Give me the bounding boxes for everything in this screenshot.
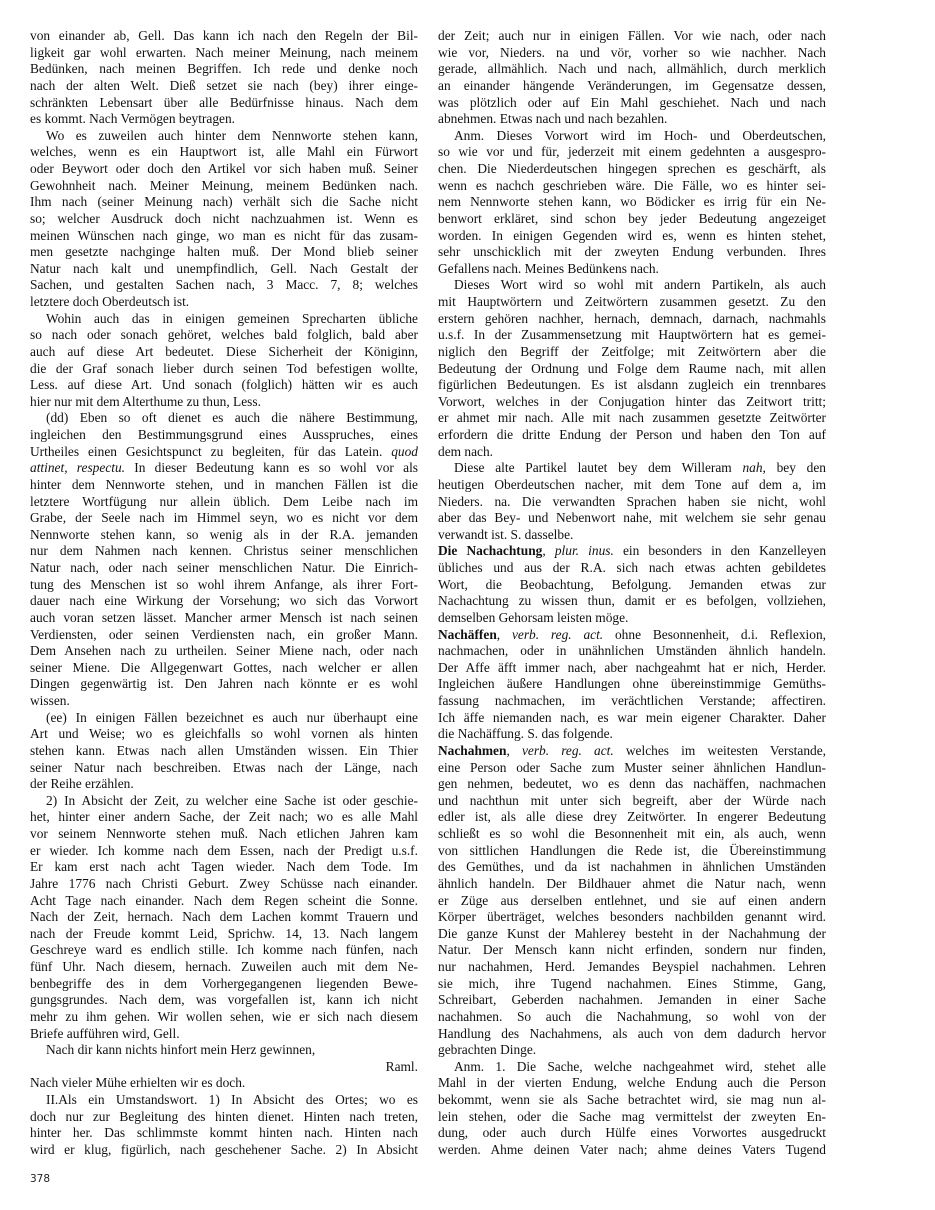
paragraph: Wo es zuweilen auch hinter dem Nennworte… [30,128,418,311]
text-line: Acht Tage nach einander. Nach dem Regen … [30,893,418,910]
text-line: Anm. Dieses Vorwort wird im Hoch- und Ob… [438,128,826,145]
text-line: und nachthun mit unter sich begreift, ab… [438,793,826,810]
paragraph: Anm. 1. Die Sache, welche nachgeahmet wi… [438,1059,826,1159]
text-line: letztere Wortfügung nur allein üblich. D… [30,494,418,511]
text-line: Mahl in der vierten Endung, welche Endun… [438,1075,826,1092]
text-line: mehr zu ihm gehen. Wir wollen sehen, wie… [30,1009,418,1026]
text-line: Less. auf diese Art. Und sonach (folglic… [30,377,418,394]
text-line: erfordern die dritte Endung der Person u… [438,427,826,444]
text-line: welches, wenn es ein Hauptwort ist, alle… [30,144,418,161]
text-line: vor seinem Nennworte stehen muß. Nach et… [30,826,418,843]
text-line: seiner Miene. Die Allgegenwart Gottes, n… [30,660,418,677]
text-line: der Reihe erzählen. [30,776,418,793]
paragraph: Anm. Dieses Vorwort wird im Hoch- und Ob… [438,128,826,278]
text-line: gen nehmen, bedeutet, wo es denn das nac… [438,776,826,793]
text-line: wird er klug, figürlich, nach geschehene… [30,1142,418,1159]
dictionary-page: von einander ab, Gell. Das kann ich nach… [0,0,935,1210]
text-line: tung des Menschen ist so wohl ihrem Anfa… [30,577,418,594]
paragraph: Diese alte Partikel lautet bey dem Wille… [438,460,826,543]
text-line: hinter her. Das schlimmste kommt hinten … [30,1125,418,1142]
text-line: nem Nennworte stehen kann, wo Bödicker e… [438,194,826,211]
text-line: fünf Uhr. Nach diesem, hernach. Zuweilen… [30,959,418,976]
text-line: von sittlichen Handlungen die Rede ist, … [438,843,826,860]
text-line: nur nachahmen, Herd. Jemandes Beyspiel n… [438,959,826,976]
text-line: Diese alte Partikel lautet bey dem Wille… [438,460,826,477]
text-line: Grabe, der Seele nach im Himmel seyn, wo… [30,510,418,527]
text-line: Schreibart, Geberden nachahmen. Jemanden… [438,992,826,1009]
text-line: von einander ab, Gell. Das kann ich nach… [30,28,418,45]
text-line: des Gemüthes, und da ist nachahmen in äh… [438,859,826,876]
text-line: Nach dir kann nichts hinfort mein Herz g… [30,1042,418,1059]
text-line: Wort, die Beobachtung, Befolgung. Jemand… [438,577,826,594]
text-line: figürlichen Bedeutungen. Es ist alsdann … [438,377,826,394]
text-line: Natur nach, oder nach seiner menschliche… [30,560,418,577]
text-line: heutigen Oberdeutschen nacher, mit dem T… [438,477,826,494]
text-line: demselben Gehorsam leisten möge. [438,610,826,627]
text-line: Er kam erst nach acht Tagen wieder. Nach… [30,859,418,876]
text-line: Ingleichen äußere Handlungen ohne überei… [438,676,826,693]
text-line: Der Affe äfft immer nach, aber nachgeahm… [438,660,826,677]
text-line: er Züge aus derselben entlehnet, und sie… [438,893,826,910]
text-line: men gesetzte nachginge halten muß. Der M… [30,244,418,261]
text-line: gerade, allmählich. Nach und nach, allmä… [438,61,826,78]
text-line: Die Nachachtung, plur. inus. ein besonde… [438,543,826,560]
text-line: Natur nach kalt und unempfindlich, Gell.… [30,261,418,278]
text-line: Sachen, und gestalten Sachen nach, 3 Mac… [30,277,418,294]
paragraph: Wohin auch das in einigen gemeinen Sprec… [30,311,418,411]
text-line: niglich den Begriff der Zeitfolge; mit Z… [438,344,826,361]
text-line: het, hinter einer andern Sache, der Zeit… [30,809,418,826]
text-line: wenn es nachch geschrieben wäre. Die Fäl… [438,178,826,195]
text-line: hier nur mit dem Alterthume zu thun, Les… [30,394,418,411]
paragraph: Nach vieler Mühe erhielten wir es doch. [30,1075,418,1092]
text-line: schließt es so wohl die Besonnenheit mit… [438,826,826,843]
text-line: Nach vieler Mühe erhielten wir es doch. [30,1075,418,1092]
text-line: (ee) In einigen Fällen bezeichnet es auc… [30,710,418,727]
text-line: nur dem Nahmen nach kennen. Christus sei… [30,543,418,560]
text-line: Bedeutung der Ordnung und Folge dem Raum… [438,361,826,378]
text-line: aber das Bey- und Nebenwort nahe, mit we… [438,510,826,527]
text-line: nachahmen. So auch die Nachahmung, so wo… [438,1009,826,1026]
paragraph: von einander ab, Gell. Das kann ich nach… [30,28,418,128]
text-line: doch nur zur Begleitung des hinten diene… [30,1109,418,1126]
text-line: er wieder. Ich komme nach dem Essen, nac… [30,843,418,860]
text-line: Bedünken, nach meinen Begriffen. Ich red… [30,61,418,78]
page-number: 378 [30,1173,50,1185]
text-line: Nachäffen, verb. reg. act. ohne Besonnen… [438,627,826,644]
text-line: benbegriffe des in dem Vorhergegangenen … [30,976,418,993]
text-line: Art und Weise; wo es gleichfalls so wohl… [30,726,418,743]
text-line: sie mich, ihre Tugend nachahmen. Eines S… [438,976,826,993]
text-line: dem nach. [438,444,826,461]
text-line: fassung nachmachen, im verächtlichen Ver… [438,693,826,710]
text-line: Vorwort, welches in der Conjugation hint… [438,394,826,411]
text-line: mit Hauptwörtern und Zeitwörtern zusamme… [438,294,826,311]
text-line: Die ganze Kunst der Mahlerey besteht in … [438,926,826,943]
text-line: Nieders. na. Die verwandten Sprachen hab… [438,494,826,511]
text-line: ligkeit gar wohl erwarten. Nach meiner M… [30,45,418,62]
text-line: seiner Natur nach beschreiben. Etwas nac… [30,760,418,777]
paragraph: II.Als ein Umstandswort. 1) In Absicht d… [30,1092,418,1159]
text-line: Briefe aufführen wird, Gell. [30,1026,418,1043]
dictionary-entry: Die Nachachtung, plur. inus. ein besonde… [438,543,826,626]
text-line: dauer nach eine Wirkung der Vorsehung; w… [30,593,418,610]
text-line: meinen Wünschen nach ginge, wo man es ni… [30,228,418,245]
text-line: Gefallens nach. Meines Bedünkens nach. [438,261,826,278]
text-line: Nennworte stehen kann, so wenig als in d… [30,527,418,544]
text-line: (dd) Eben so oft dienet es auch die nähe… [30,410,418,427]
text-line: oder Beywort oder doch den Artikel vor s… [30,161,418,178]
text-line: ingleichen den Bestimmungsgrund eines Au… [30,427,418,444]
text-line: Jahre 1776 nach Christi Geburt. Zwey Sch… [30,876,418,893]
text-line: hinter dem Nennworte stehen, und in manc… [30,477,418,494]
text-line: er ahmet mir nach. Alle mit nach zusamme… [438,410,826,427]
text-line: werden. Ahme deinen Vater nach; ahme dei… [438,1142,826,1159]
verse-line: Nach dir kann nichts hinfort mein Herz g… [30,1042,418,1059]
text-line: wie vor, Nieders. na und vör, vorher so … [438,45,826,62]
text-line: abnehmen. Etwas nach und nach bezahlen. [438,111,826,128]
text-line: Gewohnheit nach. Meiner Meinung, meinem … [30,178,418,195]
text-line: chen. Die Niederdeutschen hingegen sprec… [438,161,826,178]
dictionary-entry: Nachahmen, verb. reg. act. welches im we… [438,743,826,1059]
text-line: dung, oder auch durch Hülfe eines Vorwor… [438,1125,826,1142]
text-line: Nachachtung zu wissen thun, damit er es … [438,593,826,610]
text-line: Nach der Zeit, hernach. Nach dem Lachen … [30,909,418,926]
text-line: Anm. 1. Die Sache, welche nachgeahmet wi… [438,1059,826,1076]
text-line: Urtheiles einen Gesichtspunct zu begleit… [30,444,418,461]
text-line: so wie vor und für, jederzeit mit einem … [438,144,826,161]
text-line: Raml. [30,1059,418,1076]
text-line: Ihm nach (seiner Meinung nach) verhält s… [30,194,418,211]
text-line: Körper überträget, welches besonders nac… [438,909,826,926]
text-line: Geschreye ward es endlich stille. Ich ko… [30,942,418,959]
paragraph: 2) In Absicht der Zeit, zu welcher eine … [30,793,418,1042]
text-line: was plötzlich oder auf Ein Mahl geschieh… [438,95,826,112]
text-line: nach der alten Welt. Dieß setzet sie nac… [30,78,418,95]
text-line: bekommt, wenn sie als Sache betrachtet w… [438,1092,826,1109]
text-line: es kommt. Nach Vermögen beytragen. [30,111,418,128]
text-line: der Zeit; auch nur in einigen Fällen. Vo… [438,28,826,45]
text-line: nachmachen, oder in unähnlichen Umstände… [438,643,826,660]
paragraph: (dd) Eben so oft dienet es auch die nähe… [30,410,418,709]
text-line: Ich äffe niemanden nach, es war mein eig… [438,710,826,727]
text-line: sehr unschicklich mit der zweyten Endung… [438,244,826,261]
text-line: attinet, respectu. In dieser Bedeutung k… [30,460,418,477]
text-line: Verdiensten, oder seinen Verdiensten nac… [30,627,418,644]
text-line: gungsgrundes. Nach dem, was vorgefallen … [30,992,418,1009]
text-line: 2) In Absicht der Zeit, zu welcher eine … [30,793,418,810]
text-line: edler ist, als alle diese drey Zeitwörte… [438,809,826,826]
text-line: die Nachäffung. S. das folgende. [438,726,826,743]
text-line: Wo es zuweilen auch hinter dem Nennworte… [30,128,418,145]
text-line: letztere doch Oberdeutsch ist. [30,294,418,311]
text-line: Wohin auch das in einigen gemeinen Sprec… [30,311,418,328]
text-line: nach der Freude kommt Leid, Sprichw. 14,… [30,926,418,943]
text-line: verwandt ist. S. dasselbe. [438,527,826,544]
text-line: erstern gehören nachher, hernach, demnac… [438,311,826,328]
text-line: auch auf diese Art bedeutet. Diese Siche… [30,344,418,361]
text-line: u.s.f. In der Zusammensetzung mit Hauptw… [438,327,826,344]
text-line: worden. In einigen Gegenden wird es, wen… [438,228,826,245]
text-line: gebrachten Dinge. [438,1042,826,1059]
text-line: Dingen gegenwärtig ist. Den Jahren nach … [30,676,418,693]
text-line: schränkten Lebensart über alle Bedürfnis… [30,95,418,112]
text-line: stehen kann. Etwas nach allen Umständen … [30,743,418,760]
text-line: die der Graf sonach lieber durch seinen … [30,361,418,378]
text-line: auch voran setzen lässet. Mancher armer … [30,610,418,627]
text-line: übliches und aus der R.A. sich nach etwa… [438,560,826,577]
paragraph: (ee) In einigen Fällen bezeichnet es auc… [30,710,418,793]
text-line: an einander hängende Veränderungen, im G… [438,78,826,95]
text-line: II.Als ein Umstandswort. 1) In Absicht d… [30,1092,418,1109]
text-line: Nachahmen, verb. reg. act. welches im we… [438,743,826,760]
text-line: Natur. Der Mensch kann nicht erfinden, s… [438,942,826,959]
text-line: Dem Ansehen nach zu urtheilen. Seiner Mi… [30,643,418,660]
text-line: eine Person oder Sache zum Muster seiner… [438,760,826,777]
text-line: so nach oder sonach gehöret, welches bal… [30,327,418,344]
text-line: benwort erkläret, sind schon bey jeder B… [438,211,826,228]
right-column: der Zeit; auch nur in einigen Fällen. Vo… [438,28,826,1159]
text-line: so; welcher Ausdruck doch nicht nachzuah… [30,211,418,228]
dictionary-entry: Nachäffen, verb. reg. act. ohne Besonnen… [438,627,826,743]
text-line: lein stehen, oder die Sache mag vermitte… [438,1109,826,1126]
left-column: von einander ab, Gell. Das kann ich nach… [30,28,418,1159]
text-line: Dieses Wort wird so wohl mit andern Part… [438,277,826,294]
verse-attribution: Raml. [30,1059,418,1076]
text-line: Handlung des Nachahmens, als auch von de… [438,1026,826,1043]
text-line: ähnlich handeln. Der Bildhauer ahmet die… [438,876,826,893]
paragraph: Dieses Wort wird so wohl mit andern Part… [438,277,826,460]
text-line: wissen. [30,693,418,710]
paragraph: der Zeit; auch nur in einigen Fällen. Vo… [438,28,826,128]
